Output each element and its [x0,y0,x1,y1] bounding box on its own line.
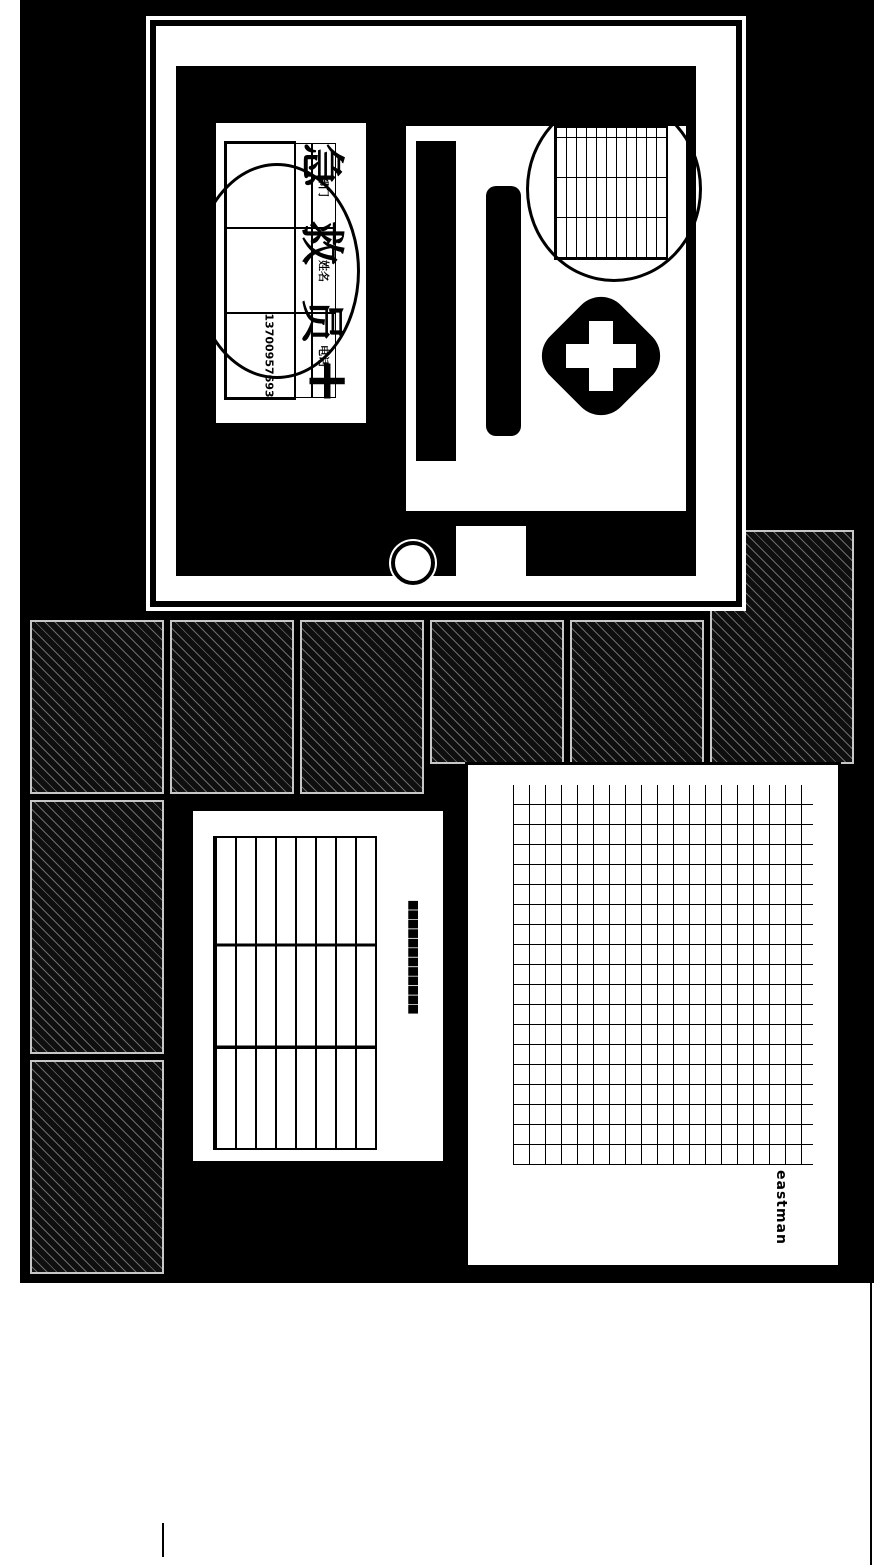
cabinet-window-panel [406,126,686,511]
medication-checklist-form: eastman [465,762,841,1268]
lock-knob[interactable] [391,541,435,585]
edge-line [870,1283,872,1565]
cabinet-door: 部门 姓名 13700957693 电话 急 救 员 + [176,66,696,576]
wall-tile [30,800,164,1054]
highlight-circle [526,96,702,282]
responder-card: 部门 姓名 13700957693 电话 急 救 员 + [214,121,368,425]
photo-background: 部门 姓名 13700957693 电话 急 救 员 + [20,0,874,1283]
form-title-placeholder: ▆▆▆▆▆▆▆▆▆▆▆▆ [408,901,421,1121]
wall-tile [430,620,564,764]
wall-tile [30,620,164,794]
highlight-circle [194,163,360,379]
shadow-stripe [416,141,456,461]
inspection-record-form: ▆▆▆▆▆▆▆▆▆▆▆▆ [190,808,446,1164]
first-aid-cabinet: 部门 姓名 13700957693 电话 急 救 员 + [150,20,742,607]
wall-tile [30,1060,164,1274]
medical-cross-icon [566,321,636,391]
brand-logo: eastman [773,1170,789,1245]
handle-plate [456,526,526,576]
stray-mark [162,1523,164,1557]
form-table [213,836,377,1150]
wall-tile [570,620,704,764]
laurel-leaves [486,186,521,436]
wall-tile [300,620,424,794]
wall-tile [170,620,294,794]
form-table [513,785,813,1165]
